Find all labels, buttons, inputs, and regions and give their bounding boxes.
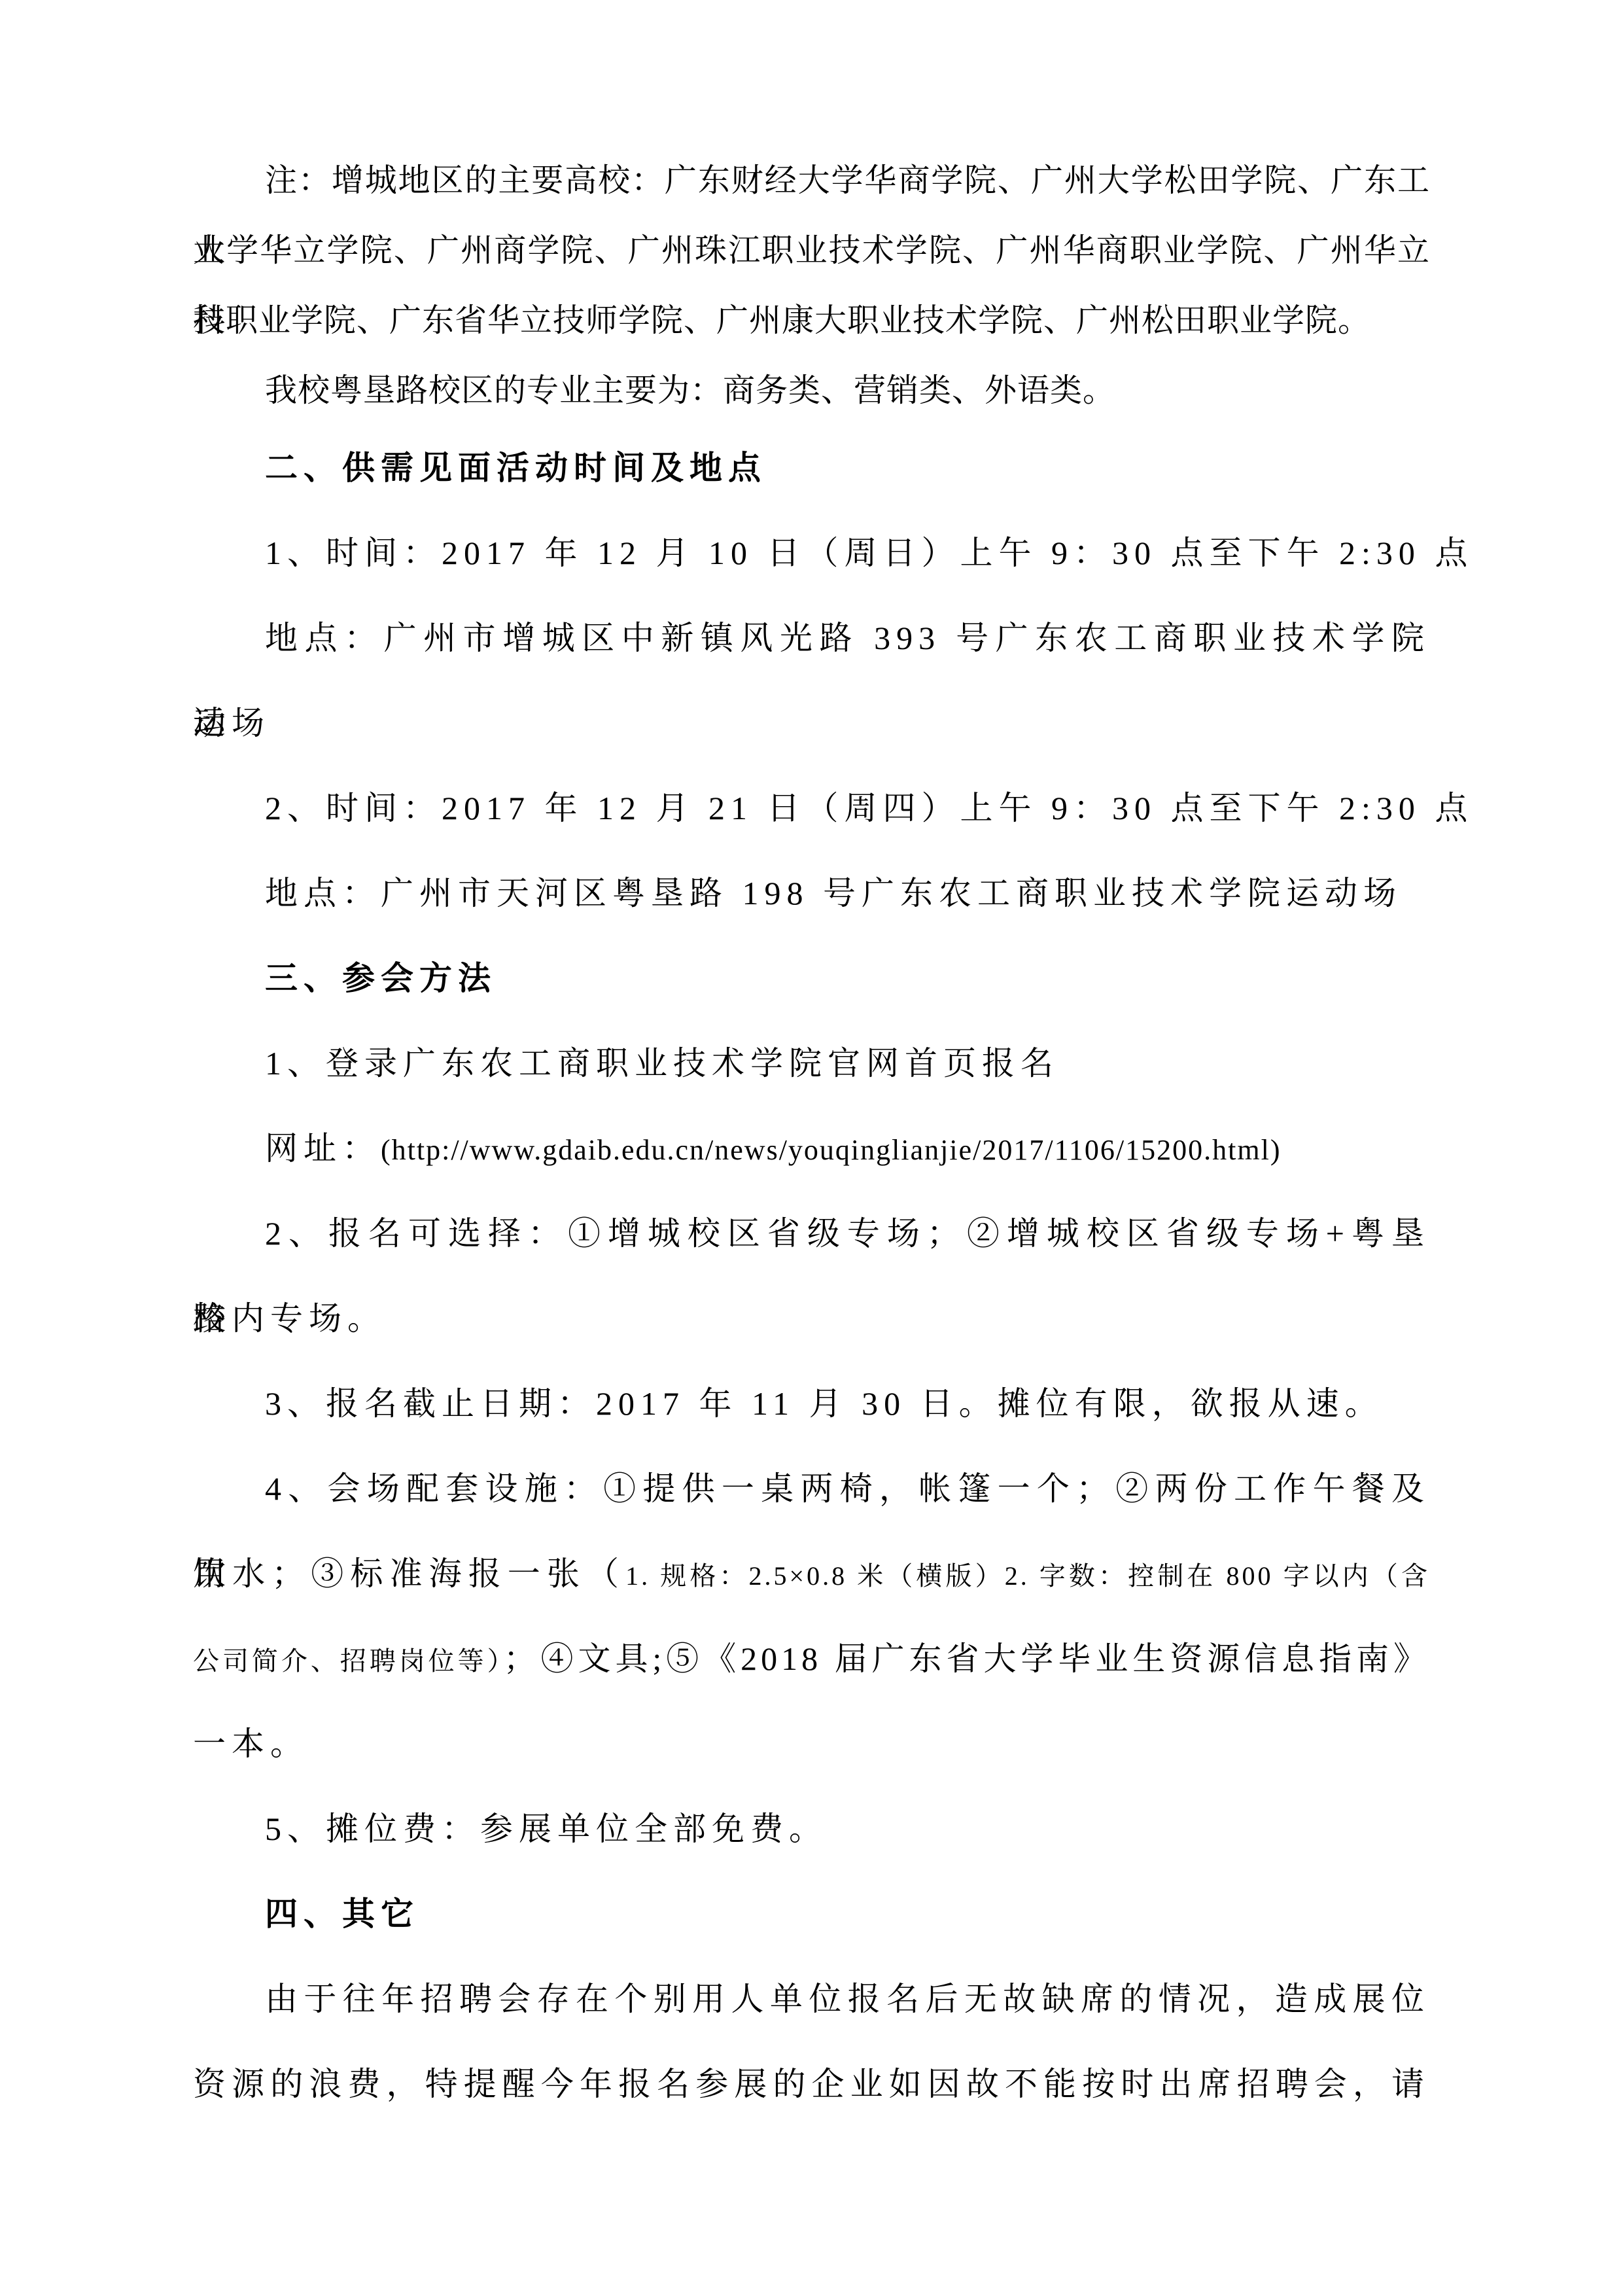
event2-time-line: 2、时间：2017 年 12 月 21 日（周四）上午 9：30 点至下午 2:… <box>193 766 1430 851</box>
booth-fee-line: 5、摊位费：参展单位全部免费。 <box>193 1786 1430 1871</box>
facilities-line-2-normal: 用水；③标准海报一张（ <box>193 1555 625 1592</box>
facilities-line-3-normal: ；④文具;⑤《2018 届广东省大学毕业生资源信息指南》 <box>504 1640 1430 1677</box>
poster-spec-note-cont: 公司简介、招聘岗位等） <box>193 1646 504 1676</box>
heading-section-three: 三、参会方法 <box>193 936 1430 1021</box>
options-line-1: 2、报名可选择：①增城校区省级专场；②增城校区省级专场+粤垦路 <box>193 1191 1430 1276</box>
facilities-line-1: 4、会场配套设施：①提供一桌两椅，帐篷一个；②两份工作午餐及饮 <box>193 1446 1430 1531</box>
facilities-line-2: 用水；③标准海报一张（1. 规格：2.5×0.8 米（横版）2. 字数：控制在 … <box>193 1531 1430 1616</box>
event1-time-line: 1、时间：2017 年 12 月 10 日（周日）上午 9：30 点至下午 2:… <box>193 510 1430 595</box>
facilities-line-3: 公司简介、招聘岗位等）；④文具;⑤《2018 届广东省大学毕业生资源信息指南》 <box>193 1616 1430 1701</box>
register-method-line: 1、登录广东农工商职业技术学院官网首页报名 <box>193 1021 1430 1106</box>
options-line-2: 校内专场。 <box>193 1276 1430 1361</box>
event2-venue-line: 地点：广州市天河区粤垦路 198 号广东农工商职业技术学院运动场 <box>193 851 1430 936</box>
note-line-2: 大学华立学院、广州商学院、广州珠江职业技术学院、广州华商职业学院、广州华立科 <box>193 215 1430 285</box>
note-line-1: 注：增城地区的主要高校：广东财经大学华商学院、广州大学松田学院、广东工业 <box>193 145 1430 215</box>
document-page: 注：增城地区的主要高校：广东财经大学华商学院、广州大学松田学院、广东工业 大学华… <box>0 0 1623 2296</box>
event1-venue-line-1: 地点：广州市增城区中新镇风光路 393 号广东农工商职业技术学院运 <box>193 595 1430 680</box>
heading-section-four: 四、其它 <box>193 1871 1430 1956</box>
website-url: (http://www.gdaib.edu.cn/news/youqinglia… <box>381 1134 1281 1166</box>
event1-venue-line-2: 动场 <box>193 680 1430 766</box>
poster-spec-note: 1. 规格：2.5×0.8 米（横版）2. 字数：控制在 800 字以内（含 <box>625 1561 1430 1591</box>
note-line-3: 技职业学院、广东省华立技师学院、广州康大职业技术学院、广州松田职业学院。 <box>193 285 1430 355</box>
notice-line-1: 由于往年招聘会存在个别用人单位报名后无故缺席的情况，造成展位 <box>193 1956 1430 2041</box>
notice-line-2: 资源的浪费，特提醒今年报名参展的企业如因故不能按时出席招聘会，请 <box>193 2041 1430 2127</box>
website-line: 网址：(http://www.gdaib.edu.cn/news/youqing… <box>193 1106 1430 1191</box>
website-label: 网址： <box>265 1130 381 1167</box>
note-majors-line: 我校粤垦路校区的专业主要为：商务类、营销类、外语类。 <box>193 355 1430 425</box>
heading-section-two: 二、供需见面活动时间及地点 <box>193 425 1430 510</box>
facilities-line-4: 一本。 <box>193 1701 1430 1786</box>
deadline-line: 3、报名截止日期：2017 年 11 月 30 日。摊位有限，欲报从速。 <box>193 1361 1430 1446</box>
document-content: 注：增城地区的主要高校：广东财经大学华商学院、广州大学松田学院、广东工业 大学华… <box>193 145 1430 2127</box>
